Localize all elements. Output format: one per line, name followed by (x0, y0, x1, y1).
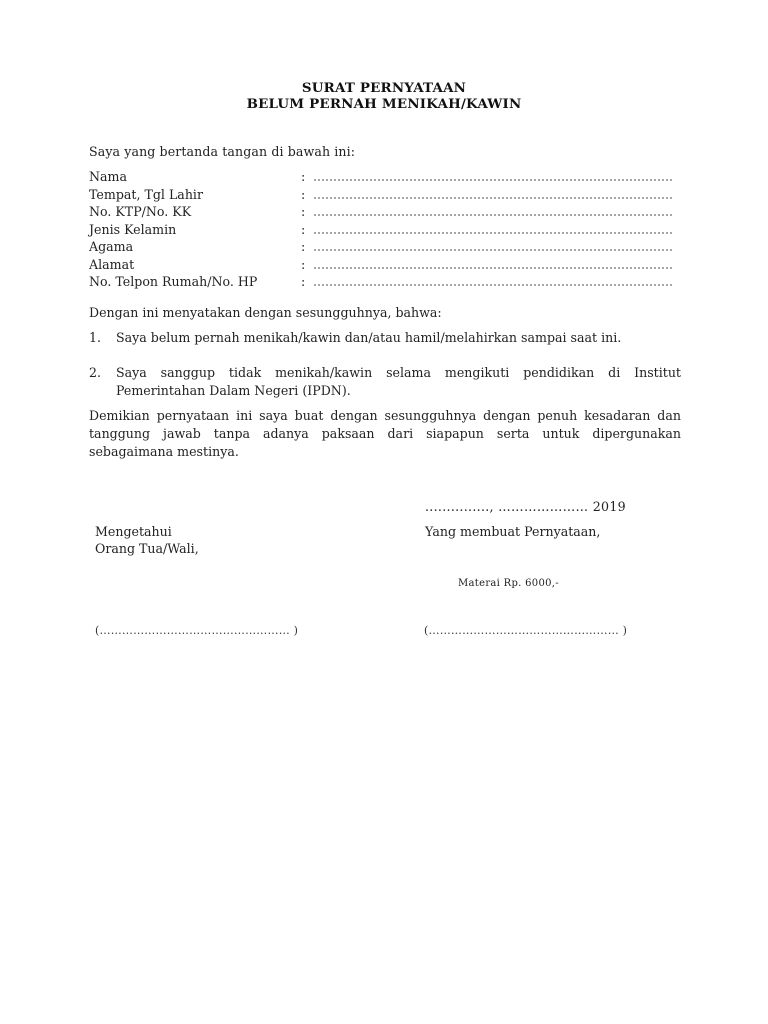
statement-number: 2. (89, 364, 101, 382)
field-separator: : (301, 221, 305, 239)
field-fill-line[interactable] (313, 249, 672, 251)
guardian-signature-name[interactable]: (…………………………………………… ) (95, 624, 298, 637)
field-separator: : (301, 273, 305, 291)
field-separator: : (301, 203, 305, 221)
field-fill-line[interactable] (313, 197, 672, 199)
field-fill-line[interactable] (313, 284, 672, 286)
maker-label: Yang membuat Pernyataan, (425, 523, 600, 541)
field-fill-line[interactable] (313, 267, 672, 269)
place-date-line[interactable]: ..............., ………………… 2019 (425, 498, 626, 516)
intro-text: Saya yang bertanda tangan di bawah ini: (89, 143, 355, 161)
document-subtitle: BELUM PERNAH MENIKAH/KAWIN (0, 96, 768, 112)
maker-signature-name[interactable]: (…………………………………………… ) (424, 624, 627, 637)
document-page: SURAT PERNYATAAN BELUM PERNAH MENIKAH/KA… (0, 0, 768, 1024)
statement-text: Saya belum pernah menikah/kawin dan/atau… (116, 329, 681, 347)
field-separator: : (301, 168, 305, 186)
document-title: SURAT PERNYATAAN (0, 80, 768, 96)
acknowledge-label: Mengetahui (95, 523, 172, 541)
field-label: No. KTP/No. KK (89, 203, 191, 221)
guardian-label: Orang Tua/Wali, (95, 540, 199, 558)
statement-number: 1. (89, 329, 101, 347)
field-nama: Nama : (89, 168, 679, 186)
field-jenis-kelamin: Jenis Kelamin : (89, 221, 679, 239)
field-label: No. Telpon Rumah/No. HP (89, 273, 257, 291)
field-label: Alamat (89, 256, 134, 274)
field-agama: Agama : (89, 238, 679, 256)
field-tempat-tgl-lahir: Tempat, Tgl Lahir : (89, 186, 679, 204)
field-label: Tempat, Tgl Lahir (89, 186, 203, 204)
field-fill-line[interactable] (313, 214, 672, 216)
field-separator: : (301, 186, 305, 204)
field-label: Agama (89, 238, 133, 256)
field-label: Jenis Kelamin (89, 221, 176, 239)
statement-lead: Dengan ini menyatakan dengan sesungguhny… (89, 304, 442, 322)
field-telpon: No. Telpon Rumah/No. HP : (89, 273, 679, 291)
field-separator: : (301, 238, 305, 256)
field-fill-line[interactable] (313, 232, 672, 234)
field-label: Nama (89, 168, 127, 186)
field-fill-line[interactable] (313, 179, 672, 181)
statement-text: Saya sanggup tidak menikah/kawin selama … (116, 364, 681, 399)
field-alamat: Alamat : (89, 256, 679, 274)
field-separator: : (301, 256, 305, 274)
stamp-duty-note: Materai Rp. 6000,- (458, 578, 559, 589)
field-ktp-kk: No. KTP/No. KK : (89, 203, 679, 221)
closing-paragraph: Demikian pernyataan ini saya buat dengan… (89, 407, 681, 461)
